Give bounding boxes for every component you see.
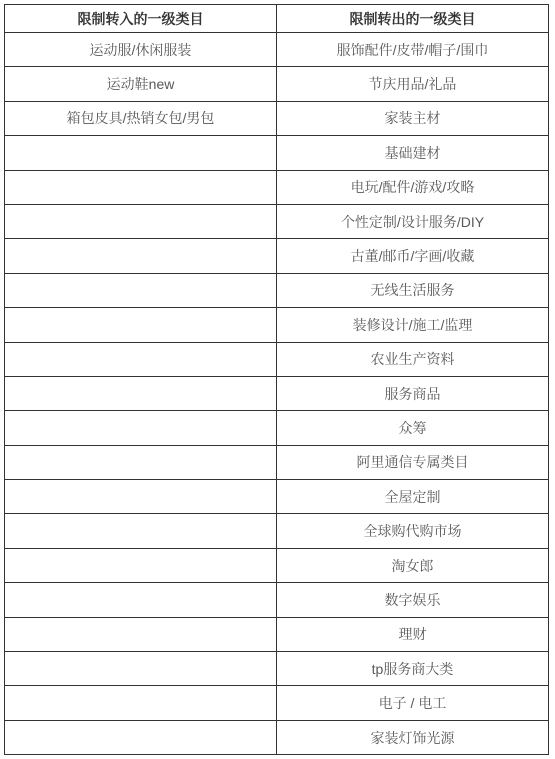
restricted-in-cell <box>5 376 277 410</box>
table-row: 古董/邮币/字画/收藏 <box>5 239 549 273</box>
table-row: 全球购代购市场 <box>5 514 549 548</box>
table-row: 箱包皮具/热销女包/男包家装主材 <box>5 101 549 135</box>
restricted-in-cell <box>5 239 277 273</box>
table-header-row: 限制转入的一级类目 限制转出的一级类目 <box>5 5 549 33</box>
restricted-out-cell: 无线生活服务 <box>277 273 549 307</box>
restricted-out-cell: 个性定制/设计服务/DIY <box>277 204 549 238</box>
table-row: 电子 / 电工 <box>5 686 549 720</box>
restricted-in-cell <box>5 273 277 307</box>
restricted-out-cell: tp服务商大类 <box>277 652 549 686</box>
restricted-in-cell <box>5 583 277 617</box>
table-row: 农业生产资料 <box>5 342 549 376</box>
restricted-in-cell <box>5 548 277 582</box>
restricted-out-cell: 淘女郎 <box>277 548 549 582</box>
table-row: 装修设计/施工/监理 <box>5 308 549 342</box>
restricted-out-cell: 全屋定制 <box>277 480 549 514</box>
restricted-in-cell <box>5 204 277 238</box>
restricted-in-cell <box>5 445 277 479</box>
table-row: 运动鞋new节庆用品/礼品 <box>5 67 549 101</box>
table-row: 服务商品 <box>5 376 549 410</box>
restricted-in-cell <box>5 480 277 514</box>
restricted-in-cell <box>5 617 277 651</box>
restricted-out-cell: 节庆用品/礼品 <box>277 67 549 101</box>
restricted-in-cell: 运动服/休闲服装 <box>5 33 277 67</box>
restricted-in-cell: 运动鞋new <box>5 67 277 101</box>
table-row: 运动服/休闲服装服饰配件/皮带/帽子/围巾 <box>5 33 549 67</box>
restricted-out-cell: 电子 / 电工 <box>277 686 549 720</box>
restricted-out-cell: 古董/邮币/字画/收藏 <box>277 239 549 273</box>
table-row: 理财 <box>5 617 549 651</box>
table-row: 个性定制/设计服务/DIY <box>5 204 549 238</box>
table-row: 电玩/配件/游戏/攻略 <box>5 170 549 204</box>
restricted-out-cell: 理财 <box>277 617 549 651</box>
restricted-out-cell: 全球购代购市场 <box>277 514 549 548</box>
restricted-out-cell: 服饰配件/皮带/帽子/围巾 <box>277 33 549 67</box>
table-body: 运动服/休闲服装服饰配件/皮带/帽子/围巾运动鞋new节庆用品/礼品箱包皮具/热… <box>5 33 549 755</box>
restricted-in-cell <box>5 342 277 376</box>
restricted-in-cell <box>5 686 277 720</box>
table-row: 全屋定制 <box>5 480 549 514</box>
table-row: 基础建材 <box>5 136 549 170</box>
restricted-out-cell: 农业生产资料 <box>277 342 549 376</box>
table-row: tp服务商大类 <box>5 652 549 686</box>
restricted-in-cell: 箱包皮具/热销女包/男包 <box>5 101 277 135</box>
restricted-in-cell <box>5 720 277 754</box>
restricted-out-cell: 众筹 <box>277 411 549 445</box>
restricted-out-cell: 家装灯饰光源 <box>277 720 549 754</box>
restricted-out-cell: 装修设计/施工/监理 <box>277 308 549 342</box>
restricted-out-cell: 基础建材 <box>277 136 549 170</box>
table-row: 家装灯饰光源 <box>5 720 549 754</box>
restricted-in-cell <box>5 514 277 548</box>
table-row: 数字娱乐 <box>5 583 549 617</box>
restricted-in-cell <box>5 411 277 445</box>
column-header-restricted-transfer-in: 限制转入的一级类目 <box>5 5 277 33</box>
category-restriction-table: 限制转入的一级类目 限制转出的一级类目 运动服/休闲服装服饰配件/皮带/帽子/围… <box>4 4 549 755</box>
restricted-in-cell <box>5 652 277 686</box>
restricted-in-cell <box>5 136 277 170</box>
restricted-out-cell: 电玩/配件/游戏/攻略 <box>277 170 549 204</box>
restricted-out-cell: 数字娱乐 <box>277 583 549 617</box>
restricted-out-cell: 阿里通信专属类目 <box>277 445 549 479</box>
table-row: 淘女郎 <box>5 548 549 582</box>
table-head: 限制转入的一级类目 限制转出的一级类目 <box>5 5 549 33</box>
table-row: 无线生活服务 <box>5 273 549 307</box>
page: 限制转入的一级类目 限制转出的一级类目 运动服/休闲服装服饰配件/皮带/帽子/围… <box>0 0 555 759</box>
table-row: 众筹 <box>5 411 549 445</box>
restricted-out-cell: 服务商品 <box>277 376 549 410</box>
column-header-restricted-transfer-out: 限制转出的一级类目 <box>277 5 549 33</box>
restricted-out-cell: 家装主材 <box>277 101 549 135</box>
table-row: 阿里通信专属类目 <box>5 445 549 479</box>
restricted-in-cell <box>5 170 277 204</box>
restricted-in-cell <box>5 308 277 342</box>
